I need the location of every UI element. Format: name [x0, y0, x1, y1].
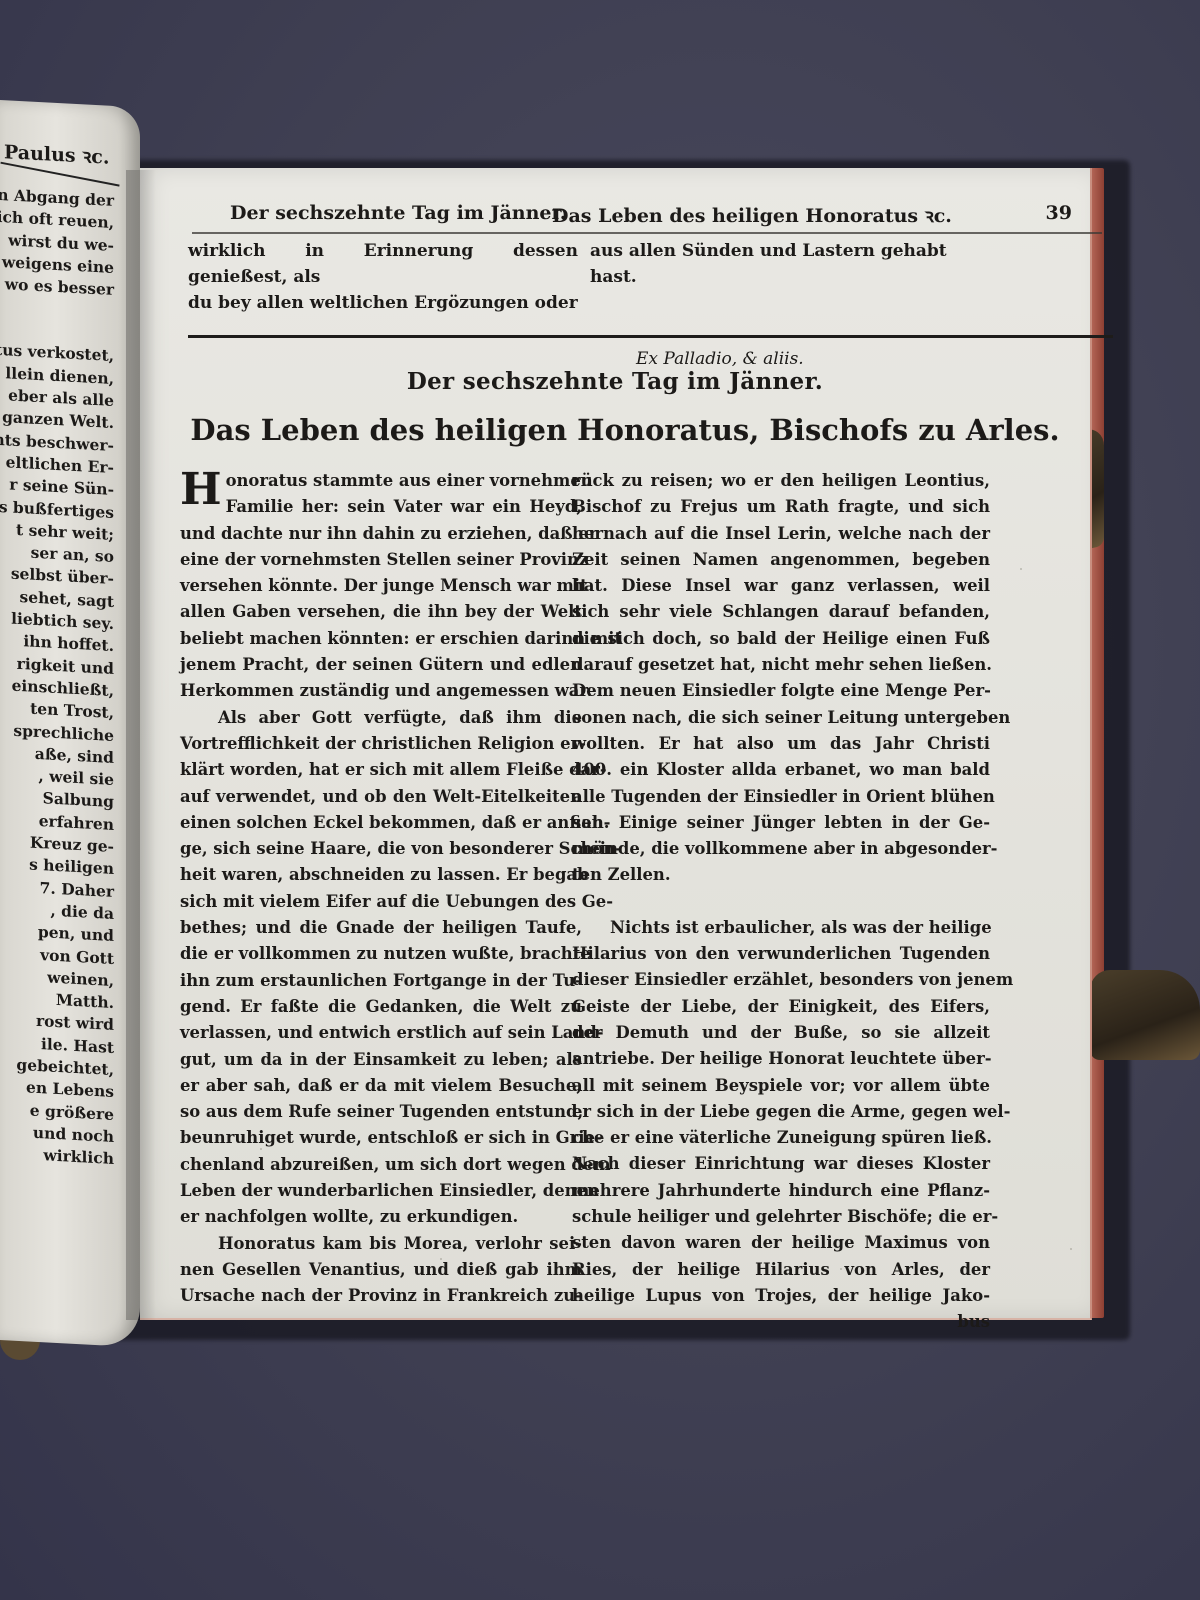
text-line: so aus dem Rufe seiner Tugenden entstund…	[180, 1099, 582, 1125]
text-line: wollten. Er hat also um das Jahr Christi	[572, 731, 990, 757]
text-line: Hilarius von den verwunderlichen Tugende…	[572, 941, 990, 967]
brass-clasp-bottom-icon	[1090, 970, 1200, 1060]
text-line: hernach auf die Insel Lerin, welche nach…	[572, 521, 990, 547]
text-line: Bischof zu Frejus um Rath fragte, und si…	[572, 494, 990, 520]
text-line: meinde, die vollkommene aber in abgesond…	[572, 836, 990, 862]
text-line: che er eine väterliche Zuneigung spüren …	[572, 1125, 990, 1151]
text-line: sten davon waren der heilige Maximus von	[572, 1230, 990, 1256]
text-line: hat. Diese Insel war ganz verlassen, wei…	[572, 573, 990, 599]
text-line: onoratus stammte aus einer vornehmen	[180, 468, 582, 494]
text-line: ge, sich seine Haare, die von besonderer…	[180, 836, 582, 862]
text-line: sich sehr viele Schlangen darauf befande…	[572, 599, 990, 625]
text-line: Zeit seinen Namen angenommen, begeben	[572, 547, 990, 573]
text-line: 400. ein Kloster allda erbanet, wo man b…	[572, 757, 990, 783]
text-line: er sich in der Liebe gegen die Arme, geg…	[572, 1099, 990, 1125]
chapter-title: Das Leben des heiligen Honoratus, Bischo…	[140, 413, 1090, 447]
text-line: die er vollkommen zu nutzen wußte, brach…	[180, 941, 582, 967]
text-line: dieser Einsiedler erzählet, besonders vo…	[572, 967, 990, 993]
text-line: chenland abzureißen, um sich dort wegen …	[180, 1152, 582, 1178]
text-line: er aber sah, daß er da mit vielem Besuch…	[180, 1073, 582, 1099]
text-line: ten Zellen.	[572, 862, 990, 888]
text-line: wirklich in Erinnerung dessen genießest,…	[188, 238, 578, 290]
text-line: und dachte nur ihn dahin zu erziehen, da…	[180, 521, 582, 547]
running-head-day: Der sechszehnte Tag im Jänner.	[230, 202, 566, 224]
right-page-39: Der sechszehnte Tag im Jänner. Das Leben…	[140, 168, 1092, 1320]
running-head-life: Das Leben des heiligen Honoratus ꝛc.	[552, 202, 952, 228]
text-line: der Demuth und der Buße, so sie allzeit	[572, 1020, 990, 1046]
text-line: er nachfolgen wollte, zu erkundigen.	[180, 1204, 582, 1230]
head-rule	[192, 232, 1102, 234]
text-line: gend. Er faßte die Gedanken, die Welt zu	[180, 994, 582, 1020]
section-divider	[188, 335, 1113, 338]
text-line: auf verwendet, und ob den Welt-Eitelkeit…	[180, 784, 582, 810]
text-line: einen solchen Eckel bekommen, daß er anf…	[180, 810, 582, 836]
left-page-text: n Abgang der ich oft reuen, wirst du we-…	[0, 184, 114, 1171]
text-line: alle Tugenden der Einsiedler in Orient b…	[572, 784, 990, 810]
text-line: Ursache nach der Provinz in Frankreich z…	[180, 1283, 582, 1309]
running-head: Der sechszehnte Tag im Jänner. Das Leben…	[230, 202, 1030, 230]
text-line: Familie her: sein Vater war ein Heyd,	[180, 494, 582, 520]
text-line: Honoratus kam bis Morea, verlohr sei-	[180, 1231, 582, 1257]
text-line: sonen nach, die sich seiner Leitung unte…	[572, 705, 990, 731]
text-line: du bey allen weltlichen Ergözungen oder	[188, 290, 578, 316]
catchword: bus	[572, 1309, 990, 1335]
text-line: Leben der wunderbarlichen Einsiedler, de…	[180, 1178, 582, 1204]
text-line: mehrere Jahrhunderte hindurch eine Pflan…	[572, 1178, 990, 1204]
text-line: heilige Lupus von Trojes, der heilige Ja…	[572, 1283, 990, 1309]
text-line: sah. Einige seiner Jünger lebten in der …	[572, 810, 990, 836]
text-line: beliebt machen könnten: er erschien dari…	[180, 626, 582, 652]
text-line: hast.	[590, 264, 1095, 290]
text-line: Nach dieser Einrichtung war dieses Klost…	[572, 1151, 990, 1177]
text-line: versehen könnte. Der junge Mensch war mi…	[180, 573, 582, 599]
text-line: bethes; und die Gnade der heiligen Taufe…	[180, 915, 582, 941]
left-column: H onoratus stammte aus einer vornehmen F…	[180, 468, 582, 1310]
day-title: Der sechszehnte Tag im Jänner.	[140, 368, 1090, 395]
text-line: Geiste der Liebe, der Einigkeit, des Eif…	[572, 994, 990, 1020]
text-line: schule heiliger und gelehrter Bischöfe; …	[572, 1204, 990, 1230]
right-column: rück zu reisen; wo er den heiligen Leont…	[572, 468, 990, 1336]
text-line: gut, um da in der Einsamkeit zu leben; a…	[180, 1047, 582, 1073]
carryover-right-column: aus allen Sünden und Lastern gehabt hast…	[590, 238, 1095, 290]
text-line: heit waren, abschneiden zu lassen. Er be…	[180, 862, 582, 888]
text-line: Dem neuen Einsiedler folgte eine Menge P…	[572, 678, 990, 704]
text-line: klärt worden, hat er sich mit allem Flei…	[180, 757, 582, 783]
drop-cap: H	[180, 470, 222, 510]
text-line: Ries, der heilige Hilarius von Arles, de…	[572, 1257, 990, 1283]
book-cover-edge	[1090, 168, 1104, 1318]
text-line: allen Gaben versehen, die ihn bey der We…	[180, 599, 582, 625]
page-number: 39	[1046, 202, 1072, 224]
text-line: darauf gesetzet hat, nicht mehr sehen li…	[572, 652, 990, 678]
text-line: jenem Pracht, der seinen Gütern und edle…	[180, 652, 582, 678]
text-line: all mit seinem Beyspiele vor; vor allem …	[572, 1073, 990, 1099]
text-line: ihn zum erstaunlichen Fortgange in der T…	[180, 968, 582, 994]
text-line: rück zu reisen; wo er den heiligen Leont…	[572, 468, 990, 494]
text-line: Herkommen zuständig und angemessen war.	[180, 678, 582, 704]
carryover-left-column: wirklich in Erinnerung dessen genießest,…	[188, 238, 578, 316]
text-line: sich mit vielem Eifer auf die Uebungen d…	[180, 889, 582, 915]
text-line: verlassen, und entwich erstlich auf sein…	[180, 1020, 582, 1046]
text-line: Nichts ist erbaulicher, als was der heil…	[572, 915, 990, 941]
text-line: eine der vornehmsten Stellen seiner Prov…	[180, 547, 582, 573]
page-gutter-shadow	[126, 170, 156, 1320]
text-line: Vortrefflichkeit der christlichen Religi…	[180, 731, 582, 757]
text-line: beunruhiget wurde, entschloß er sich in …	[180, 1125, 582, 1151]
text-line: die sich doch, so bald der Heilige einen…	[572, 626, 990, 652]
text-line: nen Gesellen Venantius, und dieß gab ihm	[180, 1257, 582, 1283]
text-line: aus allen Sünden und Lastern gehabt	[590, 238, 1095, 264]
text-line: Als aber Gott verfügte, daß ihm die	[180, 705, 582, 731]
text-line: antriebe. Der heilige Honorat leuchtete …	[572, 1046, 990, 1072]
left-page: Paulus ꝛc. n Abgang der ich oft reuen, w…	[0, 100, 140, 1347]
